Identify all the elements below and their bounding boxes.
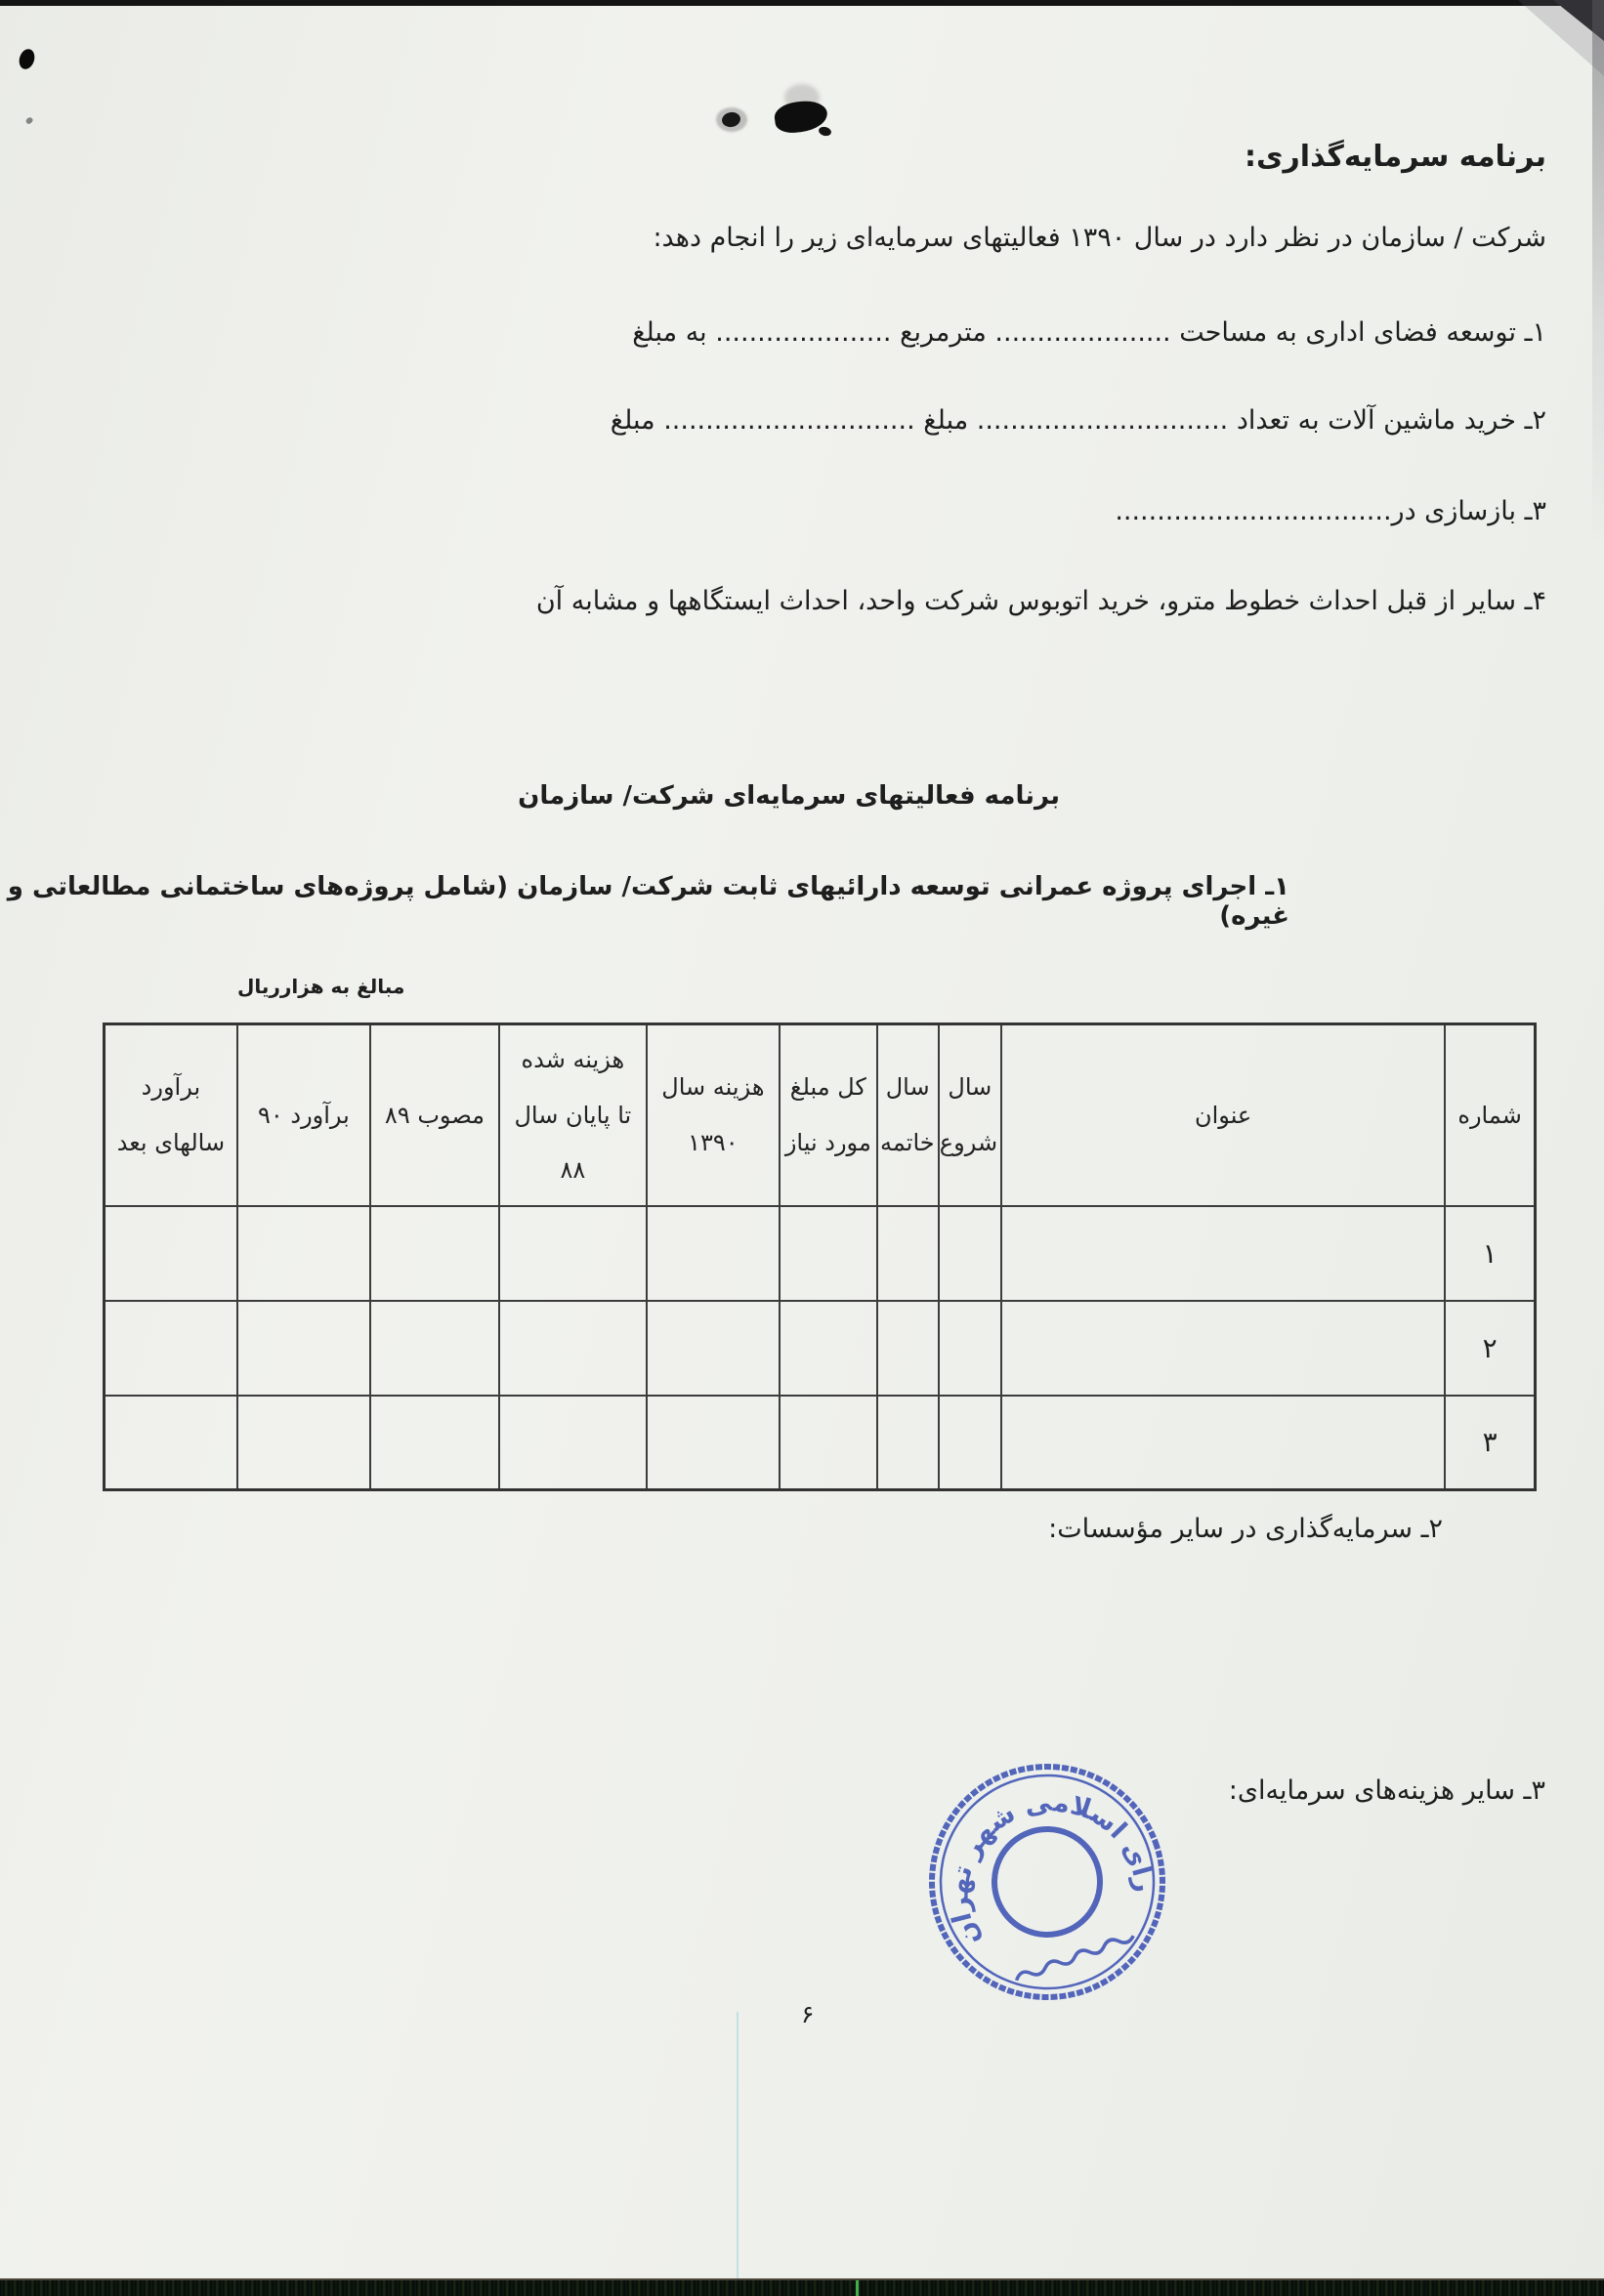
empty-cell	[499, 1206, 647, 1301]
empty-cell	[499, 1396, 647, 1490]
column-header: برآورد سالهای بعد	[105, 1024, 237, 1206]
empty-cell	[105, 1206, 237, 1301]
table-row: ۳	[105, 1396, 1536, 1490]
empty-cell	[939, 1301, 1001, 1396]
column-header: عنوان	[1001, 1024, 1445, 1206]
document-title: برنامه سرمایه‌گذاری:	[1245, 140, 1546, 174]
scan-right-edge-shadow	[1592, 0, 1604, 547]
empty-cell	[370, 1206, 499, 1301]
list-item-2: ۲ـ خرید ماشین آلات به تعداد ............…	[611, 405, 1546, 436]
column-header: هزینه سال ۱۳۹۰	[647, 1024, 780, 1206]
scanned-document-page: برنامه سرمایه‌گذاری: شرکت / سازمان در نظ…	[0, 0, 1604, 2296]
empty-cell	[237, 1396, 370, 1490]
empty-cell	[877, 1396, 939, 1490]
empty-cell	[237, 1206, 370, 1301]
list-item-1: ۱ـ توسعه فضای اداری به مساحت ...........…	[632, 317, 1546, 348]
column-header: مصوب ۸۹	[370, 1024, 499, 1206]
table-row: ۲	[105, 1301, 1536, 1396]
column-header: هزینه شده تا پایان سال ۸۸	[499, 1024, 647, 1206]
empty-cell	[370, 1396, 499, 1490]
stamp-seal-graphic: شورای اسلامی شهر تهران	[924, 1758, 1170, 2006]
investments-other-institutions-heading: ۲ـ سرمایه‌گذاری در سایر مؤسسات:	[1048, 1514, 1443, 1544]
ink-dot	[17, 47, 37, 71]
row-number-cell: ۳	[1445, 1396, 1535, 1490]
intro-paragraph: شرکت / سازمان در نظر دارد در سال ۱۳۹۰ فع…	[653, 223, 1546, 253]
empty-cell	[939, 1206, 1001, 1301]
empty-cell	[1001, 1206, 1445, 1301]
empty-cell	[780, 1396, 877, 1490]
subsection-heading: ۱ـ اجرای پروژه عمرانی توسعه دارائیهای ثا…	[0, 872, 1289, 931]
empty-cell	[877, 1206, 939, 1301]
empty-cell	[370, 1301, 499, 1396]
empty-cell	[499, 1301, 647, 1396]
official-stamp: شورای اسلامی شهر تهران	[924, 1758, 1170, 2006]
table-row: ۱	[105, 1206, 1536, 1301]
empty-cell	[1001, 1396, 1445, 1490]
other-capital-expenses-heading: ۳ـ سایر هزینه‌های سرمایه‌ای:	[1229, 1775, 1545, 1806]
section-heading: برنامه فعالیتهای سرمایه‌ای شرکت/ سازمان	[518, 781, 1060, 811]
scan-bottom-edge	[0, 2278, 1604, 2296]
scan-top-edge	[0, 0, 1604, 6]
empty-cell	[877, 1301, 939, 1396]
row-number-cell: ۲	[1445, 1301, 1535, 1396]
empty-cell	[647, 1396, 780, 1490]
column-header: سال شروع	[939, 1024, 1001, 1206]
ink-speck	[24, 116, 33, 125]
page-number: ۶	[801, 2000, 814, 2028]
projects-table: شمارهعنوانسال شروعسال خاتمهکل مبلغ مورد …	[103, 1023, 1537, 1491]
list-item-3: ۳ـ بازسازی در...........................…	[1115, 496, 1546, 526]
empty-cell	[237, 1301, 370, 1396]
column-header: کل مبلغ مورد نیاز	[780, 1024, 877, 1206]
empty-cell	[105, 1396, 237, 1490]
row-number-cell: ۱	[1445, 1206, 1535, 1301]
empty-cell	[647, 1206, 780, 1301]
empty-cell	[780, 1301, 877, 1396]
scanner-artifact-line	[737, 2012, 739, 2281]
empty-cell	[939, 1396, 1001, 1490]
scanner-artifact-green-line	[856, 2280, 859, 2296]
column-header: شماره	[1445, 1024, 1535, 1206]
amounts-unit-note: مبالغ به هزارریال	[237, 975, 404, 998]
ink-blob-tail	[818, 125, 832, 137]
list-item-4: ۴ـ سایر از قبل احداث خطوط مترو، خرید اتو…	[536, 586, 1546, 616]
empty-cell	[105, 1301, 237, 1396]
empty-cell	[647, 1301, 780, 1396]
column-header: برآورد ۹۰	[237, 1024, 370, 1206]
table-header-row: شمارهعنوانسال شروعسال خاتمهکل مبلغ مورد …	[105, 1024, 1536, 1206]
empty-cell	[1001, 1301, 1445, 1396]
empty-cell	[780, 1206, 877, 1301]
column-header: سال خاتمه	[877, 1024, 939, 1206]
